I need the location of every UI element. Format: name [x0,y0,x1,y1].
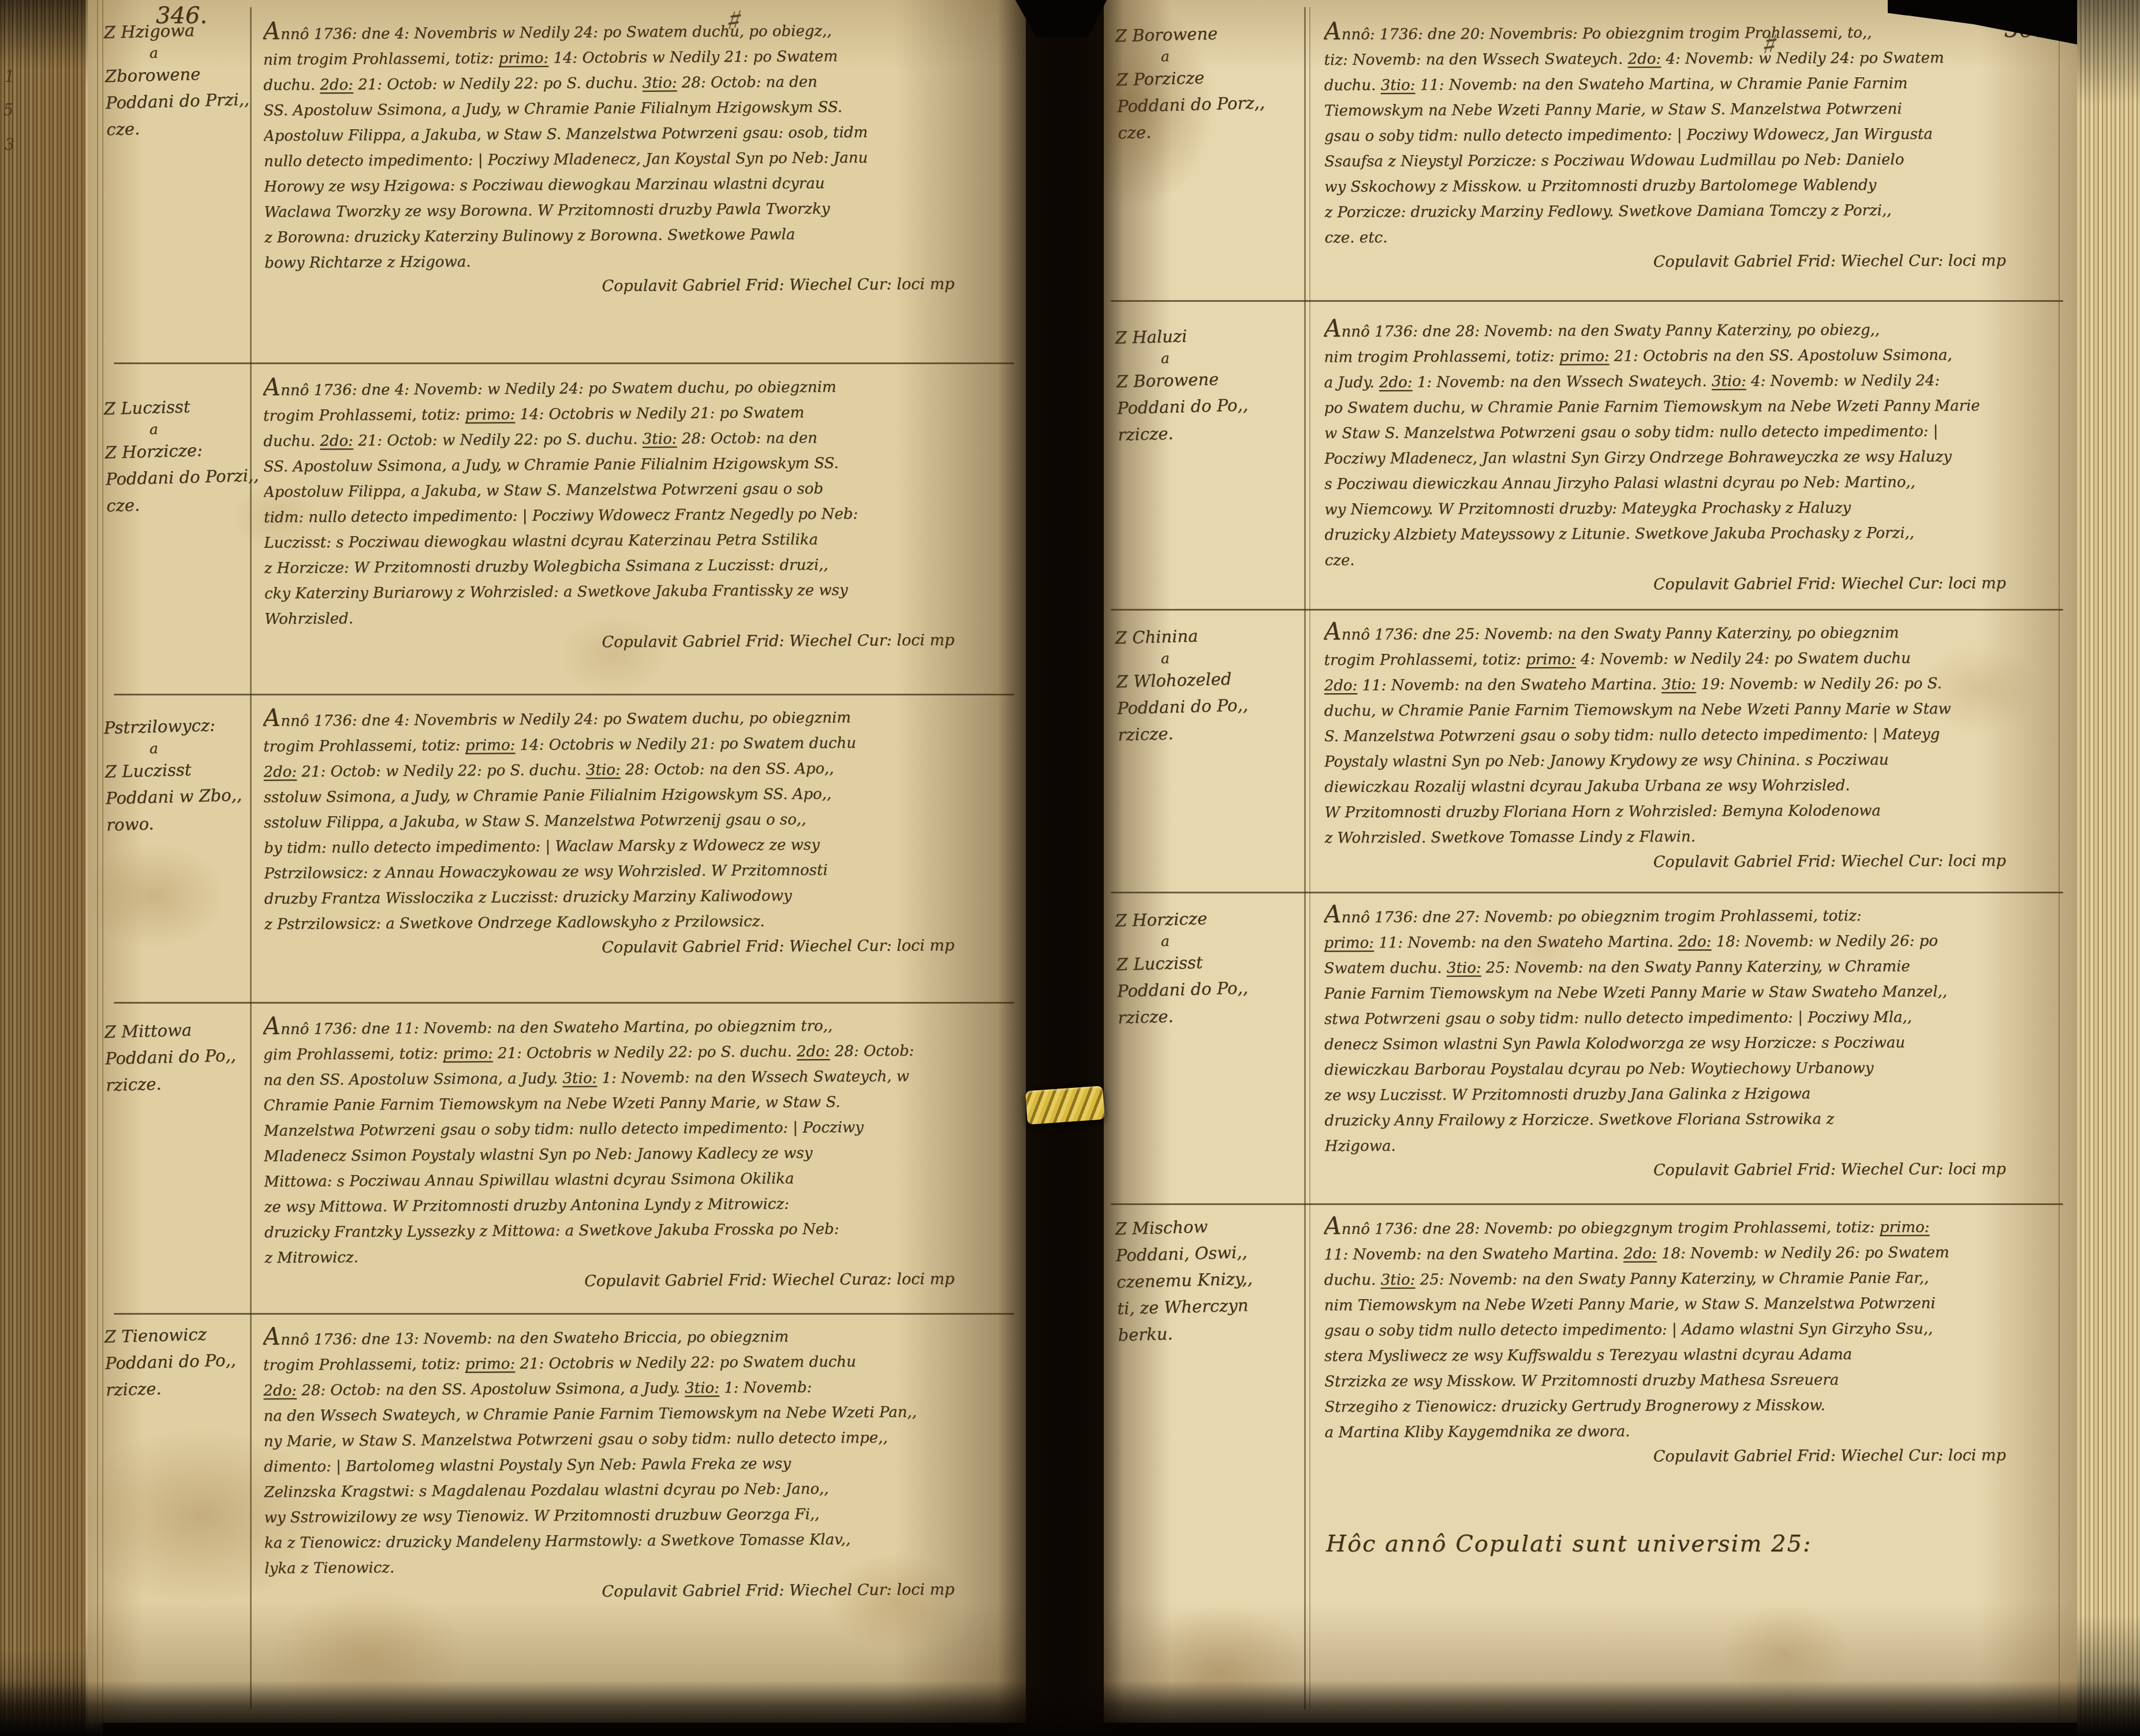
entry-line: duchu. 3tio: 11: Novemb: na den Swateho … [1324,70,2060,98]
margin-label-line: rzicze. [106,1373,251,1404]
entry-line: lyka z Tienowicz. [264,1551,1009,1581]
margin-label-line: rowo. [106,808,251,839]
entry-divider-rule [1111,609,2063,611]
entry-line: trogim Prohlassemi, totiz: primo: 4: Nov… [1324,645,2060,673]
margin-label: Z ChininaaZ WlohozeledPoddani do Po,,rzi… [1115,620,1308,749]
entry-line: druzby Frantza Wissloczika z Luczisst: d… [264,882,1009,912]
entry-line: druzicky Frantzky Lyssezky z Mittowa: a … [264,1215,1009,1245]
entry-line: tiz: Novemb: na den Wssech Swateych. 2do… [1324,45,2060,73]
entry-line: Strzegiho z Tienowicz: druzicky Gertrudy… [1324,1392,2060,1420]
entry-line: Luczisst: s Pocziwau diewogkau wlastni d… [264,526,1009,556]
entry-line: Pocziwy Mladenecz, Jan wlastni Syn Girzy… [1324,444,2060,472]
entry-line: wy Sstrowizilowy ze wsy Tienowiz. W Przi… [264,1501,1009,1531]
entry-line: Tiemowskym na Nebe Wzeti Panny Marie, w … [1324,96,2060,124]
entry-line: SS. Apostoluw Ssimona, a Judy, w Chramie… [263,450,1008,480]
entry-line: Annô 1736: dne 27: Novemb: po obiegznim … [1324,899,2060,930]
entry-text: Annô 1736: dne 28: Novemb: na den Swaty … [1324,313,2061,598]
entry-line: z Borowna: druzicky Katerziny Bulinowy z… [264,220,1009,250]
signature-line: Copulavit Gabriel Frid: Wiechel Cur: loc… [264,933,1009,963]
entry-line: stwa Potwrzeni gsau o soby tidm: nullo d… [1324,1004,2060,1032]
entry-line: Annô 1736: dne 11: Novemb: na den Swateh… [263,1009,1008,1042]
entry-line: Horowy ze wsy Hzigowa: s Pocziwau diewog… [264,170,1009,200]
entry-line: ka z Tienowicz: druzicky Mandeleny Harms… [264,1526,1009,1556]
entry-text: Annô 1736: dne 11: Novemb: na den Swateh… [263,1009,1010,1296]
entry-line: Mladenecz Ssimon Poystaly wlastni Syn po… [264,1139,1009,1169]
entry-line: po Swatem duchu, w Chramie Panie Farnim … [1324,393,2060,421]
gutter-shadow [998,0,1123,1736]
entry-line: druzicky Anny Frailowy z Horzicze. Swetk… [1324,1106,2060,1133]
entry-line: Annô 1736: dne 4: Novembris w Nedily 24:… [263,14,1008,47]
entry-line: by tidm: nullo detecto impedimento: | Wa… [264,831,1009,861]
right-page: 367. ♯ Hôc annô Copulati sunt universim … [1104,0,2077,1723]
entry-line: z Porzicze: druzicky Marziny Fedlowy. Sw… [1324,197,2060,225]
entry-line: Panie Farnim Tiemowskym na Nebe Wzeti Pa… [1324,979,2060,1007]
entry-line: ze wsy Mittowa. W Przitomnosti druzby An… [264,1190,1009,1220]
entry-line: bowy Richtarze z Hzigowa. [264,246,1009,276]
entry-text: Annô 1736: dne 25: Novemb: na den Swaty … [1324,616,2061,876]
signature-line: Copulavit Gabriel Frid: Wiechel Cur: loc… [1325,1443,2061,1471]
entry-line: a Judy. 2do: 1: Novemb: na den Wssech Sw… [1324,368,2060,395]
entry-line: sstoluw Ssimona, a Judy, w Chramie Panie… [263,780,1008,810]
entry-divider-rule [1111,892,2063,893]
signature-line: Copulavit Gabriel Frid: Wiechel Cur: loc… [1325,1157,2061,1184]
entry-line: diewiczkau Barborau Poystalau dcyrau po … [1324,1055,2060,1083]
margin-label: Pstrzilowycz:aZ LuczisstPoddani w Zbo,,r… [103,711,251,838]
entry-line: Zelinzska Kragstwi: s Magdalenau Pozdala… [264,1475,1009,1505]
signature-line: Copulavit Gabriel Frid: Wiechel Curaz: l… [264,1266,1009,1296]
register-book-spread: 1 5 3 346. ♯ Z HzigowaaZborowenePoddani … [0,0,2140,1736]
entry-line: ny Marie, w Staw S. Manzelstwa Potwrzeni… [264,1424,1009,1454]
signature-line: Copulavit Gabriel Frid: Wiechel Cur: loc… [264,627,1009,657]
entry-line: duchu. 2do: 21: Octob: w Nedily 22: po S… [263,424,1008,454]
margin-rule-vertical [250,7,252,1709]
annual-summary: Hôc annô Copulati sunt universim 25: [1326,1531,1812,1557]
margin-label-line: rzicze. [106,1068,251,1099]
margin-label-line: Z Horzicze: [104,436,249,466]
entry-line: diewiczkau Rozalij wlastni dcyrau Jakuba… [1324,772,2060,800]
entry-line: SS. Apostoluw Ssimona, a Judy, w Chramie… [263,93,1008,124]
entry-line: Wohrzisled. [264,602,1009,632]
margin-label-line: Poddani do Przi,, [105,86,250,117]
margin-label: Z HorziczeaZ LuczisstPoddani do Po,,rzic… [1115,903,1308,1031]
entry-divider-rule [1111,300,2063,302]
entry-line: 2do: 28: Octob: na den SS. Apostoluw Ssi… [263,1374,1008,1404]
entry-line: Swatem duchu. 3tio: 25: Novemb: na den S… [1324,953,2060,981]
margin-label: Z HaluziaZ BorowenePoddani do Po,,rzicze… [1115,320,1308,448]
entry-line: trogim Prohlassemi, totiz: primo: 14: Oc… [263,399,1008,429]
page-stack-right-edge [2077,0,2140,1736]
entry-line: w Staw S. Manzelstwa Potwrzeni gsau o so… [1324,418,2060,446]
entry-line: cky Katerziny Buriarowy z Wohrzisled: a … [264,577,1009,607]
entry-text: Annô 1736: dne 4: Novembris w Nedily 24:… [263,14,1010,301]
margin-label: Z TienowiczPoddani do Po,,rzicze. [104,1320,251,1403]
entry-line: Annô 1736: dne 25: Novemb: na den Swaty … [1324,616,2060,648]
margin-label: Z BoroweneaZ PorziczePoddani do Porz,,cz… [1115,18,1308,147]
margin-label-line: berku. [1118,1317,1309,1349]
entry-line: Waclawa Tworzky ze wsy Borowna. W Przito… [264,195,1009,225]
entry-line: Annô 1736: dne 28: Novemb: na den Swaty … [1324,313,2060,345]
margin-label-line: Z Luczisst [103,392,248,422]
bookmark-ribbon [1025,1086,1105,1124]
entry-line: nim trogim Prohlassemi, totiz: primo: 21… [1324,342,2060,370]
entry-line: cze. [1325,545,2061,573]
entry-line: nim Tiemowskym na Nebe Wzeti Panny Marie… [1324,1290,2060,1318]
entry-line: Manzelstwa Potwrzeni gsau o soby tidm: n… [264,1114,1009,1144]
margin-label: Z HzigowaaZborowenePoddani do Przi,,cze. [103,16,251,143]
entry-line: denecz Ssimon wlastni Syn Pawla Kolodwor… [1324,1030,2060,1057]
entry-line: z Horzicze: W Przitomnosti druzby Wolegb… [264,551,1009,581]
entry-line: dimento: | Bartolomeg wlastni Poystaly S… [264,1450,1009,1480]
margin-label-line: Pstrzilowycz: [103,711,248,742]
entry-line: gim Prohlassemi, totiz: primo: 21: Octob… [263,1038,1008,1068]
margin-label: Z MischowPoddani, Oswi,,czenemu Knizy,,t… [1115,1211,1309,1349]
entry-line: Annô 1736: dne 4: Novembris w Nedily 24:… [263,701,1008,734]
entry-line: wy Niemcowy. W Przitomnosti druzby: Mate… [1324,495,2060,522]
entry-line: trogim Prohlassemi, totiz: primo: 21: Oc… [263,1348,1008,1378]
entry-line: na den SS. Apostoluw Ssimona, a Judy. 3t… [263,1063,1008,1093]
entry-line: Apostoluw Filippa, a Jakuba, w Staw S. M… [264,119,1009,149]
margin-label-line: cze. [106,489,251,519]
margin-label-line: Poddani do Po,, [104,1042,249,1072]
entry-text: Annô 1736: dne 27: Novemb: po obiegznim … [1324,899,2061,1184]
entry-line: z Mitrowicz. [264,1241,1009,1271]
margin-label-line: rzicze. [1118,1000,1309,1031]
signature-line: Copulavit Gabriel Frid: Wiechel Cur: loc… [264,271,1009,301]
entry-line: ze wsy Luczisst. W Przitomnosti druzby J… [1324,1080,2060,1108]
entry-divider-rule [114,1313,1014,1315]
entry-divider-rule [114,362,1014,364]
entry-line: W Przitomnosti druzby Floriana Horn z Wo… [1324,798,2060,825]
entry-line: Poystaly wlastni Syn po Neb: Janowy Kryd… [1324,747,2060,775]
entry-divider-rule [114,694,1014,695]
edge-mark: 3 [5,136,14,154]
margin-label-line: rzicze. [1118,717,1309,749]
page-stack-left-edge [0,0,88,1736]
entry-line: nim trogim Prohlassemi, totiz: primo: 14… [263,43,1008,73]
entry-line: Annô 1736: dne 4: Novemb: w Nedily 24: p… [263,370,1008,403]
entry-text: Annô 1736: dne 28: Novemb: po obiegzgnym… [1324,1211,2061,1471]
margin-label-line: Z Mittowa [104,1015,249,1046]
entry-line: Chramie Panie Farnim Tiemowskym na Nebe … [263,1088,1008,1118]
entry-text: Annô 1736: dne 13: Novemb: na den Swateh… [263,1319,1010,1607]
entry-line: gsau o soby tidm: nullo detecto impedime… [1324,121,2060,149]
entry-line: gsau o soby tidm nullo detecto impedimen… [1324,1316,2060,1344]
entry-line: a Martina Kliby Kaygemdnika ze dwora. [1324,1417,2060,1445]
entry-line: na den Wssech Swateych, w Chramie Panie … [263,1399,1008,1429]
entry-line: duchu. 3tio: 25: Novemb: na den Swaty Pa… [1324,1265,2060,1293]
entry-line: duchu. 2do: 21: Octob: w Nedily 22: po S… [263,68,1008,98]
margin-rule-vertical [1309,7,1310,1709]
entry-line: tidm: nullo detecto impedimento: | Poczi… [264,500,1009,530]
entry-line: 11: Novemb: na den Swateho Martina. 2do:… [1324,1240,2060,1267]
entry-text: Annô: 1736: dne 20: Novembris: Po obiezg… [1324,16,2061,276]
entry-line: nullo detecto impedimento: | Pocziwy Mla… [264,144,1009,174]
entry-line: 2do: 11: Novemb: na den Swateho Martina.… [1324,671,2060,698]
edge-mark: 1 [5,68,14,86]
entry-line: cze. etc. [1324,223,2060,250]
entry-line: s Pocziwau diewiczkau Annau Jirzyho Pala… [1324,469,2060,497]
entry-line: primo: 11: Novemb: na den Swateho Martin… [1324,928,2060,956]
entry-divider-rule [1111,1203,2063,1205]
margin-label-line: Poddani do Po,, [104,1346,249,1377]
entry-divider-rule [114,1002,1014,1004]
entry-line: Strzizka ze wsy Misskow. W Przitomnosti … [1324,1367,2060,1394]
margin-label-line: Z Hzigowa [103,16,248,46]
entry-line: 2do: 21: Octob: w Nedily 22: po S. duchu… [263,755,1008,785]
margin-label-line: rzicze. [1118,417,1309,448]
entry-line: sstoluw Filippa, a Jakuba, w Staw S. Man… [264,806,1009,836]
entry-line: Hzigowa. [1325,1131,2061,1159]
margin-label-line: Z Tienowicz [104,1320,249,1350]
margin-label-line: Poddani w Zbo,, [105,781,250,812]
entry-line: Annô 1736: dne 13: Novemb: na den Swateh… [263,1319,1008,1353]
margin-label-line: Zborowene [104,59,249,90]
entry-text: Annô 1736: dne 4: Novemb: w Nedily 24: p… [263,370,1010,657]
entry-line: z Wohrzisled. Swetkove Tomasse Lindy z F… [1324,823,2060,851]
entry-line: trogim Prohlassemi, totiz: primo: 14: Oc… [263,729,1008,759]
entry-line: duchu, w Chramie Panie Farnim Tiemowskym… [1324,696,2060,724]
margin-label-line: cze. [1118,115,1309,147]
entry-line: stera Mysliwecz ze wsy Kuffswaldu s Tere… [1324,1341,2060,1369]
entry-line: Apostoluw Filippa, a Jakuba, w Staw S. M… [264,475,1009,505]
entry-line: Pstrzilowsicz: z Annau Howaczykowau ze w… [264,856,1009,886]
margin-label-line: cze. [106,113,251,143]
signature-line: Copulavit Gabriel Frid: Wiechel Cur: loc… [1325,848,2061,876]
margin-label: Z MittowaPoddani do Po,,rzicze. [104,1015,251,1098]
entry-line: Mittowa: s Pocziwau Annau Spiwillau wlas… [264,1165,1009,1195]
margin-label-line: Z Luczisst [104,755,249,785]
signature-line: Copulavit Gabriel Frid: Wiechel Cur: loc… [264,1577,1009,1607]
entry-line: druzicky Alzbiety Mateyssowy z Litunie. … [1324,520,2060,548]
margin-rule-vertical [1304,7,1306,1709]
left-page: 346. ♯ Z HzigowaaZborowenePoddani do Prz… [88,0,1026,1723]
margin-label: Z LuczisstaZ Horzicze:Poddani do Porzi,,… [103,392,251,519]
entry-line: z Pstrzilowsicz: a Swetkove Ondrzege Kad… [264,907,1009,937]
entry-line: Ssaufsa z Nieystyl Porzicze: s Pocziwau … [1324,147,2060,174]
signature-line: Copulavit Gabriel Frid: Wiechel Cur: loc… [1325,571,2061,598]
signature-line: Copulavit Gabriel Frid: Wiechel Cur: loc… [1325,248,2061,276]
entry-line: Annô 1736: dne 28: Novemb: po obiegzgnym… [1324,1211,2060,1242]
edge-mark: 5 [3,102,13,119]
margin-label-line: Poddani do Porzi,, [105,462,250,493]
entry-line: S. Manzelstwa Potwrzeni gsau o soby tidm… [1324,721,2060,749]
page-crease [102,0,103,1723]
entry-line: wy Sskochowy z Misskow. u Przitomnosti d… [1324,172,2060,200]
entry-text: Annô 1736: dne 4: Novembris w Nedily 24:… [263,701,1010,963]
bottom-shadow [0,1681,2140,1736]
page-crease [97,0,98,1723]
